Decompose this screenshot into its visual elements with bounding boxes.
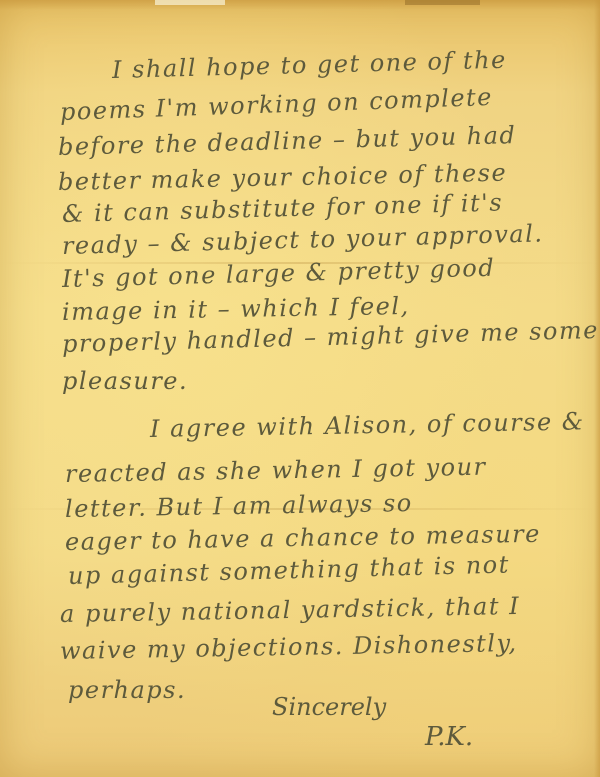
letter-line: image in it – which I feel, — [62, 292, 410, 326]
letter-line: poems I'm working on complete — [60, 83, 494, 126]
paper-top-edge — [0, 0, 600, 10]
letter-closing: Sincerely — [272, 693, 386, 721]
letter-signature: P.K. — [425, 722, 473, 752]
tape-residue — [405, 0, 480, 5]
letter-line: letter. But I am always so — [65, 489, 413, 523]
letter-line: before the deadline – but you had — [58, 121, 517, 161]
letter-line: pleasure. — [62, 367, 188, 395]
letter-page: I shall hope to get one of the poems I'm… — [0, 0, 600, 777]
paper-right-edge — [594, 0, 600, 777]
tape-residue — [155, 0, 225, 5]
letter-line: It's got one large & pretty good — [62, 254, 496, 293]
letter-line: I shall hope to get one of the — [112, 46, 507, 84]
letter-line: I agree with Alison, of course & — [150, 407, 585, 443]
letter-line: perhaps. — [68, 676, 186, 704]
letter-line: up against something that is not — [68, 550, 511, 590]
letter-line: reacted as she when I got your — [65, 453, 487, 488]
letter-line: waive my objections. Dishonestly, — [60, 629, 518, 665]
letter-line: a purely national yardstick, that I — [60, 592, 521, 628]
